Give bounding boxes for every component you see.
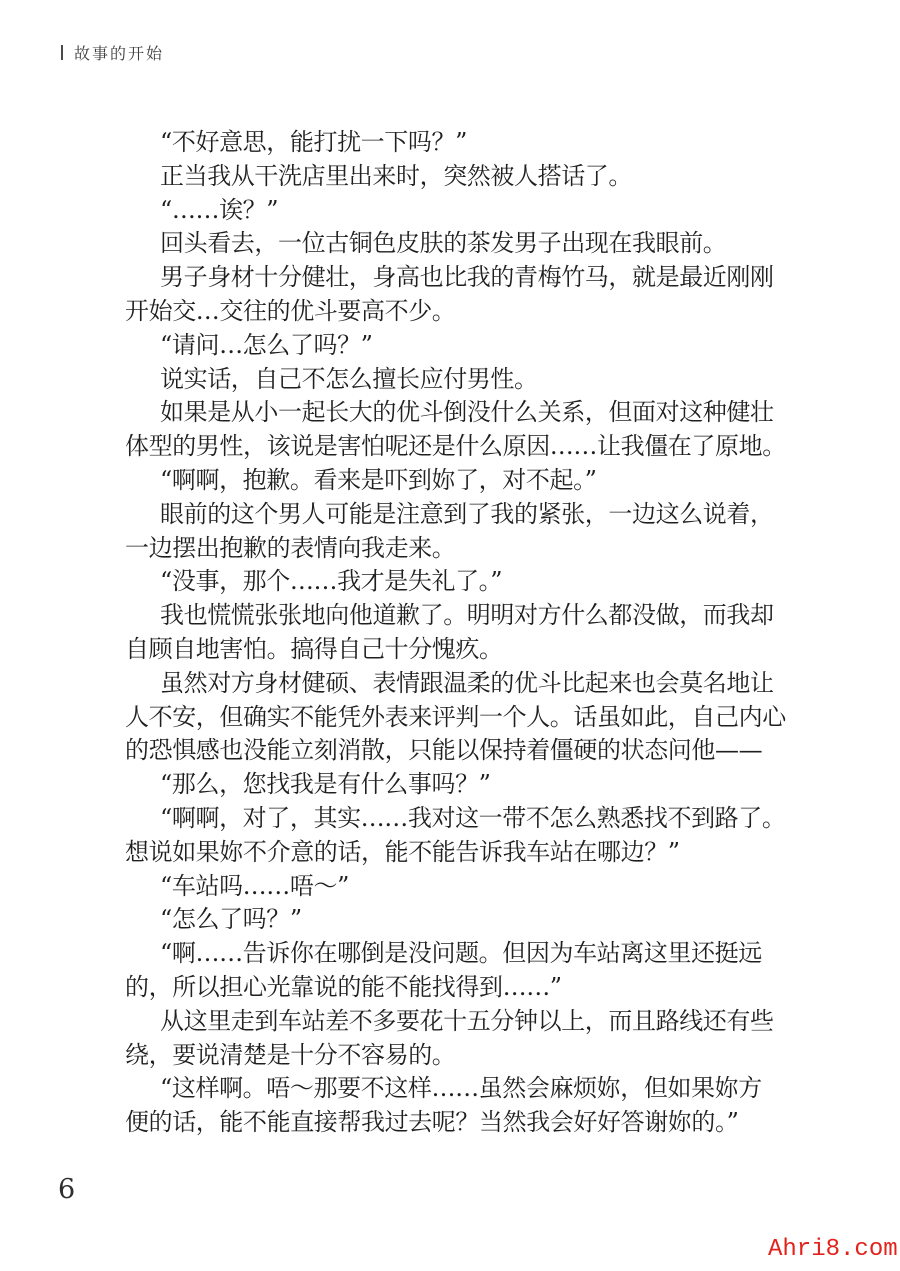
text-line: 的，所以担心光靠说的能不能找得到……”: [125, 971, 805, 1005]
text-line: 男子身材十分健壮，身高也比我的青梅竹马，就是最近刚刚: [125, 261, 805, 295]
text-line: “啊啊，对了，其实……我对这一带不怎么熟悉找不到路了。: [125, 802, 805, 836]
text-line: “怎么了吗？”: [125, 903, 805, 937]
text-line: “不好意思，能打扰一下吗？”: [125, 126, 805, 160]
text-line: “啊啊，抱歉。看来是吓到妳了，对不起。”: [125, 464, 805, 498]
text-line: “这样啊。唔～那要不这样……虽然会麻烦妳，但如果妳方: [125, 1072, 805, 1106]
text-line: 体型的男性，该说是害怕呢还是什么原因……让我僵在了原地。: [125, 430, 805, 464]
book-page: 故事的开始 “不好意思，能打扰一下吗？”正当我从干洗店里出来时，突然被人搭话了。…: [0, 0, 900, 1271]
chapter-title: 故事的开始: [74, 41, 164, 64]
text-line: 说实话，自己不怎么擅长应付男性。: [125, 363, 805, 397]
text-line: 如果是从小一起长大的优斗倒没什么关系，但面对这种健壮: [125, 396, 805, 430]
text-line: 正当我从干洗店里出来时，突然被人搭话了。: [125, 160, 805, 194]
text-line: 的恐惧感也没能立刻消散，只能以保持着僵硬的状态问他——: [125, 734, 805, 768]
running-header: 故事的开始: [61, 41, 164, 64]
text-line: 我也慌慌张张地向他道歉了。明明对方什么都没做，而我却: [125, 599, 805, 633]
text-line: 虽然对方身材健硕、表情跟温柔的优斗比起来也会莫名地让: [125, 667, 805, 701]
text-line: “……诶？”: [125, 194, 805, 228]
text-line: 开始交…交往的优斗要高不少。: [125, 295, 805, 329]
text-line: “那么，您找我是有什么事吗？”: [125, 768, 805, 802]
page-number: 6: [58, 1174, 75, 1205]
text-line: 自顾自地害怕。搞得自己十分愧疚。: [125, 633, 805, 667]
text-line: 从这里走到车站差不多要花十五分钟以上，而且路线还有些: [125, 1005, 805, 1039]
text-line: “没事，那个……我才是失礼了。”: [125, 565, 805, 599]
text-line: “啊……告诉你在哪倒是没问题。但因为车站离这里还挺远: [125, 937, 805, 971]
text-line: “车站吗……唔～”: [125, 870, 805, 904]
text-line: 人不安，但确实不能凭外表来评判一个人。话虽如此，自己内心: [125, 701, 805, 735]
body-text: “不好意思，能打扰一下吗？”正当我从干洗店里出来时，突然被人搭话了。“……诶？”…: [125, 126, 805, 1140]
header-rule-icon: [61, 45, 63, 60]
text-line: 眼前的这个男人可能是注意到了我的紧张，一边这么说着，: [125, 498, 805, 532]
text-line: 一边摆出抱歉的表情向我走来。: [125, 532, 805, 566]
text-line: 便的话，能不能直接帮我过去呢？当然我会好好答谢妳的。”: [125, 1106, 805, 1140]
text-line: “请问…怎么了吗？”: [125, 329, 805, 363]
watermark: Ahri8.com: [768, 1236, 898, 1263]
text-line: 想说如果妳不介意的话，能不能告诉我车站在哪边？”: [125, 836, 805, 870]
text-line: 回头看去，一位古铜色皮肤的茶发男子出现在我眼前。: [125, 227, 805, 261]
text-line: 绕，要说清楚是十分不容易的。: [125, 1039, 805, 1073]
